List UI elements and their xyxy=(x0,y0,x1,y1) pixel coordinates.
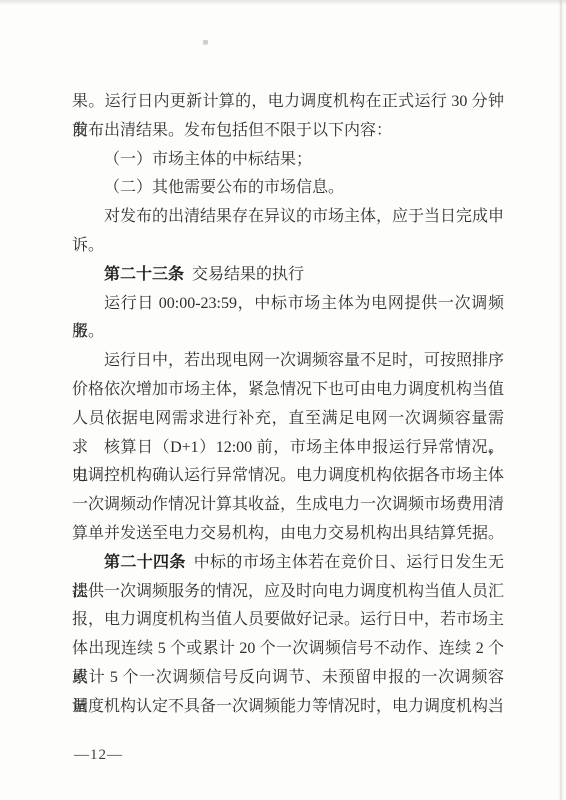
text-line: 体出现连续 5 个或累计 20 个一次调频信号不动作、连续 2 个或 xyxy=(72,635,504,664)
document-body: 果。运行日内更新计算的，电力调度机构在正式运行 30 分钟前发布出清结果。发布包… xyxy=(72,88,504,722)
text-line: 累计 5 个一次调频信号反向调节、未预留申报的一次调频容量、 xyxy=(72,664,504,693)
text-line: 力调控机构确认运行异常情况。电力调度机构依据各市场主体 xyxy=(72,462,504,491)
text-line: 对发布的出清结果存在异议的市场主体，应于当日完成申 xyxy=(72,203,504,232)
scanned-document-page: 果。运行日内更新计算的，电力调度机构在正式运行 30 分钟前发布出清结果。发布包… xyxy=(0,0,566,800)
article-number: 第二十三条 xyxy=(104,266,184,283)
text-line: 运行日 00:00-23:59，中标市场主体为电网提供一次调频服 xyxy=(72,290,504,319)
text-line: 人员依据电网需求进行补充，直至满足电网一次调频容量需求。 xyxy=(72,405,504,434)
text-line: 核算日（D+1）12:00 前，市场主体申报运行异常情况，电 xyxy=(72,434,504,463)
text-line: 运行日中，若出现电网一次调频容量不足时，可按照排序 xyxy=(72,347,504,376)
text-line: 价格依次增加市场主体，紧急情况下也可由电力调度机构当值 xyxy=(72,376,504,405)
article-number: 第二十四条 xyxy=(104,554,186,571)
scan-edge-line-right xyxy=(560,0,562,800)
text-line: 调度机构认定不具备一次调频能力等情况时，电力调度机构当 xyxy=(72,693,504,722)
text-line: 果。运行日内更新计算的，电力调度机构在正式运行 30 分钟前 xyxy=(72,88,504,117)
text-line: （二）其他需要公布的市场信息。 xyxy=(72,174,504,203)
text-line: 报，电力调度机构当值人员要做好记录。运行日中，若市场主 xyxy=(72,606,504,635)
page-number: —12— xyxy=(74,745,123,765)
text-line: 发布出清结果。发布包括但不限于以下内容： xyxy=(72,117,504,146)
text-line: 务。 xyxy=(72,318,504,347)
text-line: 第二十四条中标的市场主体若在竞价日、运行日发生无法 xyxy=(72,549,504,578)
text-line: 提供一次调频服务的情况，应及时向电力调度机构当值人员汇 xyxy=(72,578,504,607)
text-line: 算单并发送至电力交易机构，由电力交易机构出具结算凭据。 xyxy=(72,520,504,549)
text-line: 第二十三条交易结果的执行 xyxy=(72,261,504,290)
text-line: 诉。 xyxy=(72,232,504,261)
text-line: 一次调频动作情况计算其收益，生成电力一次调频市场费用清 xyxy=(72,491,504,520)
scan-edge-shadow-top xyxy=(0,0,566,5)
scan-speck-artifact xyxy=(203,40,208,44)
text-line: （一）市场主体的中标结果； xyxy=(72,146,504,175)
